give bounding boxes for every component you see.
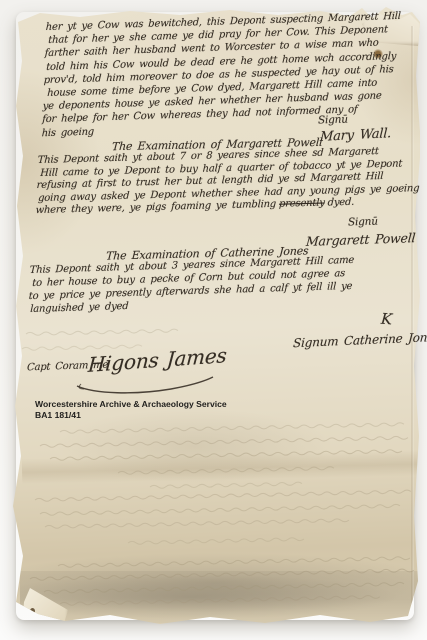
- sign-label: Signū: [348, 215, 378, 228]
- archive-stamp-service: Worcestershire Archive & Archaeology Ser…: [35, 399, 227, 410]
- archive-stamp: Worcestershire Archive & Archaeology Ser…: [35, 399, 227, 421]
- witness-mark-k: K: [380, 310, 392, 329]
- signature-flourish: [75, 376, 215, 396]
- archive-stamp-reference: BA1 181/41: [35, 410, 227, 421]
- examination-margarett-powell: This Depont saith yt about 7 or 8 yeares…: [35, 145, 421, 218]
- line-text: dyed.: [327, 197, 354, 209]
- examination-catherine-jones: This Depont saith yt about 3 yeares sinc…: [28, 254, 354, 316]
- struck-out-word: presently: [279, 198, 325, 210]
- photograph-of-manuscript: her yt ye Cow was bewitched, this Depont…: [0, 0, 427, 640]
- sign-label: Signū: [318, 113, 348, 126]
